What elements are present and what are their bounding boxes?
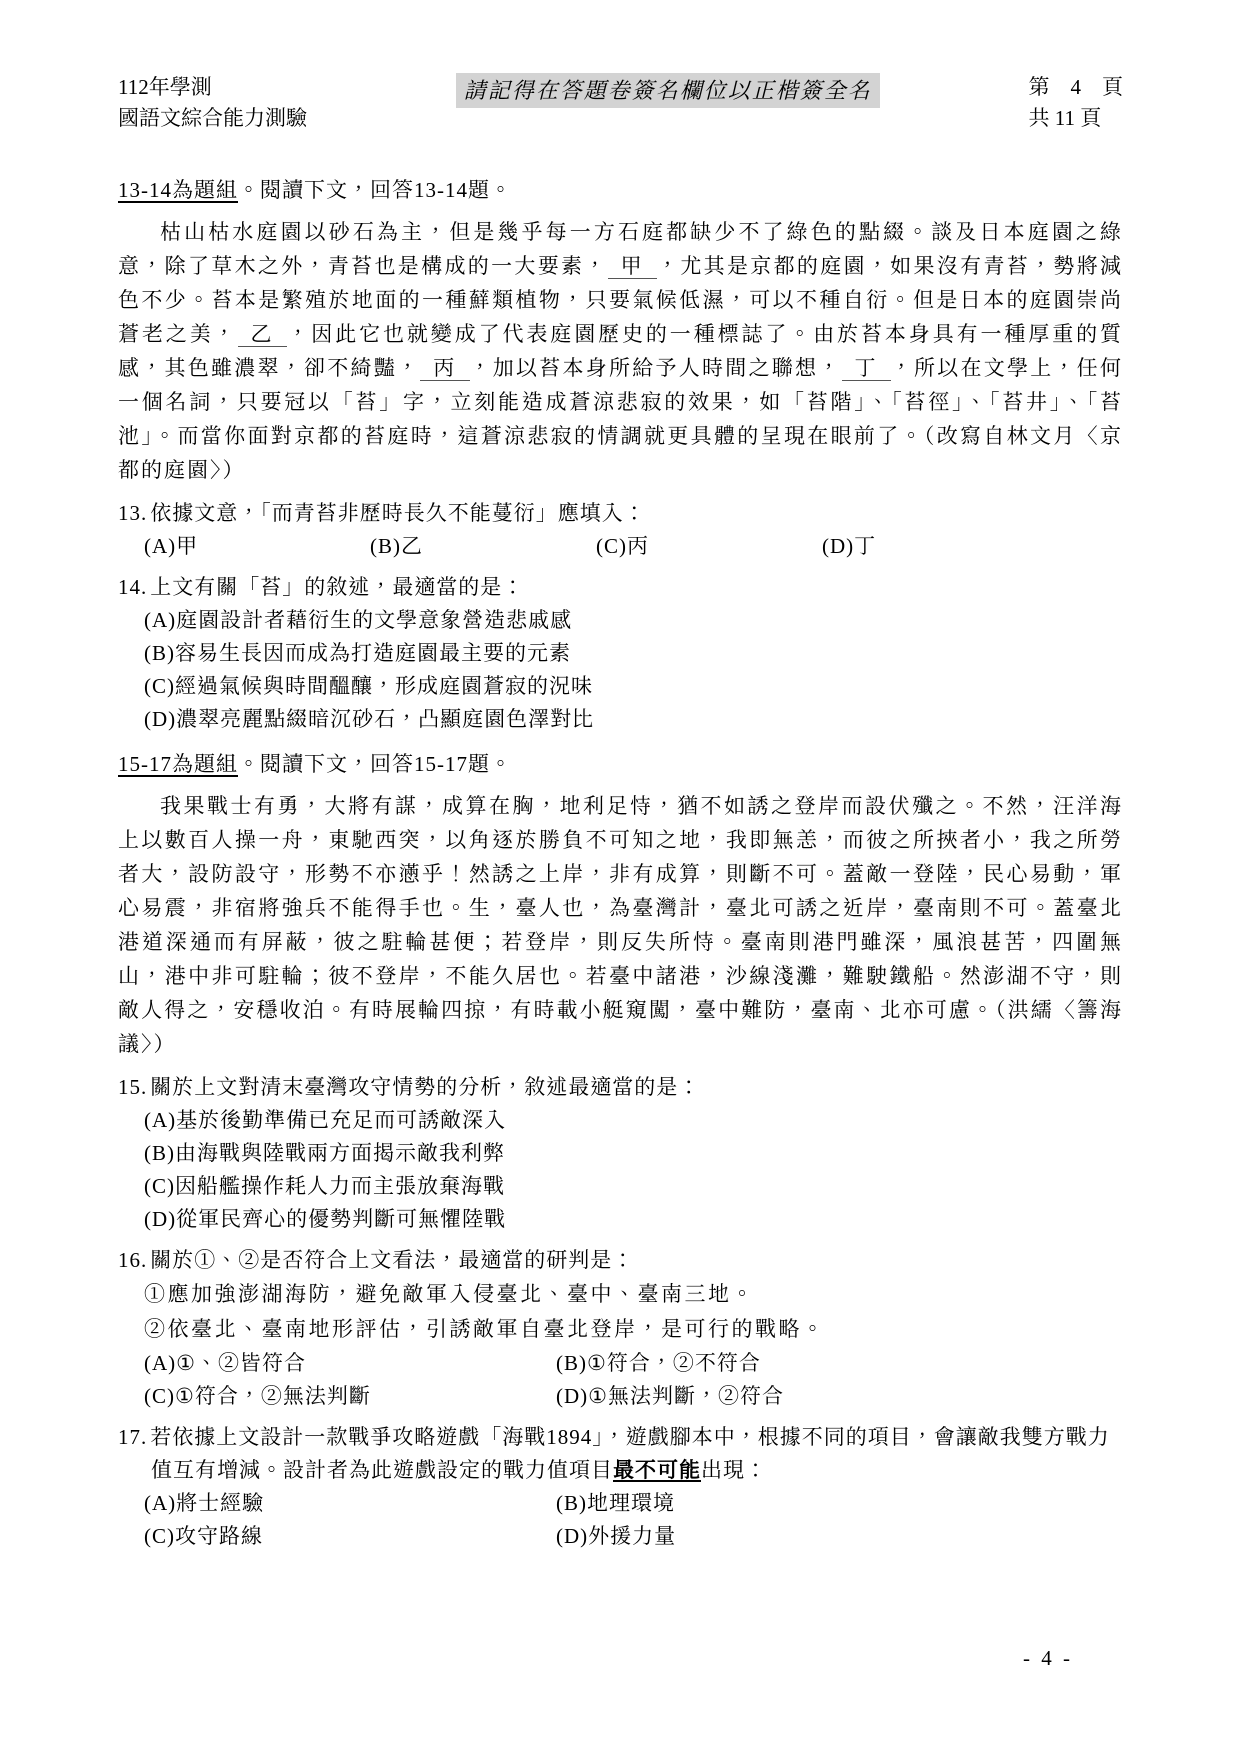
option-label: (A) bbox=[144, 1491, 176, 1515]
option-text: 庭園設計者藉衍生的文學意象營造悲戚感 bbox=[176, 608, 572, 632]
blank-jia: 甲 bbox=[608, 254, 657, 279]
group-13-14-instruction: 。閱讀下文，回答13-14題。 bbox=[238, 178, 512, 202]
question-15-option-c: (C)因船艦操作耗人力而主張放棄海戰 bbox=[144, 1170, 1123, 1203]
option-text: 丁 bbox=[854, 534, 876, 558]
question-16-stem: 16.關於①、②是否符合上文看法，最適當的研判是： bbox=[118, 1244, 1123, 1277]
option-label: (D) bbox=[556, 1384, 588, 1408]
option-text: 地理環境 bbox=[587, 1491, 675, 1515]
question-17-stem: 17.若依據上文設計一款戰爭攻略遊戲「海戰1894」，遊戲腳本中，根據不同的項目… bbox=[118, 1421, 1123, 1487]
exam-year-title: 112年學測 bbox=[118, 72, 307, 103]
passage-naval-defense: 我果戰士有勇，大將有謀，成算在胸，地利足恃，猶不如誘之登岸而設伏殲之。不然，汪洋… bbox=[118, 789, 1123, 1061]
question-14-stem: 14.上文有關「苔」的敘述，最適當的是： bbox=[118, 571, 1123, 604]
question-14-option-c: (C)經過氣候與時間醞釀，形成庭園蒼寂的況味 bbox=[144, 670, 1123, 703]
page-indicator: 第 4 頁 bbox=[1028, 72, 1123, 103]
option-label: (A) bbox=[144, 1108, 176, 1132]
question-16-option-a: (A)①、②皆符合 bbox=[144, 1347, 556, 1380]
option-label: (C) bbox=[144, 1384, 175, 1408]
option-text: 容易生長因而成為打造庭園最主要的元素 bbox=[175, 641, 571, 665]
page-number-footer: - 4 - bbox=[1023, 1646, 1073, 1671]
question-16-statement-1: ①應加強澎湖海防，避免敵軍入侵臺北、臺中、臺南三地。 bbox=[118, 1277, 1123, 1312]
question-13-stem-text: 依據文意，「而青苔非歷時長久不能蔓衍」應填入： bbox=[150, 501, 646, 525]
option-label: (A) bbox=[144, 1351, 176, 1375]
header-center: 請記得在答題卷簽名欄位以正楷簽全名 bbox=[456, 72, 880, 108]
question-16-number: 16. bbox=[118, 1248, 147, 1272]
signature-notice: 請記得在答題卷簽名欄位以正楷簽全名 bbox=[456, 73, 880, 108]
option-label: (C) bbox=[596, 534, 627, 558]
option-label: (D) bbox=[144, 707, 176, 731]
question-17-number: 17. bbox=[118, 1425, 147, 1449]
blank-bing: 丙 bbox=[420, 356, 469, 381]
question-15-option-b: (B)由海戰與陸戰兩方面揭示敵我利弊 bbox=[144, 1137, 1123, 1170]
option-label: (B) bbox=[556, 1491, 587, 1515]
option-label: (C) bbox=[144, 1174, 175, 1198]
option-text: 外援力量 bbox=[588, 1524, 676, 1548]
option-text: 丙 bbox=[627, 534, 649, 558]
question-16-options: (A)①、②皆符合 (B)①符合，②不符合 (C)①符合，②無法判斷 (D)①無… bbox=[118, 1347, 1123, 1413]
question-16-option-b: (B)①符合，②不符合 bbox=[556, 1347, 1123, 1380]
option-text: ①符合，②無法判斷 bbox=[175, 1384, 371, 1408]
option-text: 濃翠亮麗點綴暗沉砂石，凸顯庭園色澤對比 bbox=[176, 707, 594, 731]
question-13-number: 13. bbox=[118, 501, 147, 525]
exam-subject-title: 國語文綜合能力測驗 bbox=[118, 103, 307, 134]
option-label: (B) bbox=[144, 1141, 175, 1165]
group-15-17-heading: 15-17為題組。閱讀下文，回答15-17題。 bbox=[118, 748, 1123, 781]
option-label: (D) bbox=[822, 534, 854, 558]
question-15-stem: 15.關於上文對清末臺灣攻守情勢的分析，敘述最適當的是： bbox=[118, 1071, 1123, 1104]
option-text: 將士經驗 bbox=[176, 1491, 264, 1515]
question-14-stem-text: 上文有關「苔」的敘述，最適當的是： bbox=[150, 575, 524, 599]
passage-text: ，加以苔本身所給予人時間之聯想， bbox=[470, 356, 842, 380]
question-group-15-17: 15-17為題組。閱讀下文，回答15-17題。 我果戰士有勇，大將有謀，成算在胸… bbox=[118, 748, 1123, 1553]
question-15-stem-text: 關於上文對清末臺灣攻守情勢的分析，敘述最適當的是： bbox=[150, 1075, 700, 1099]
question-15-option-a: (A)基於後勤準備已充足而可誘敵深入 bbox=[144, 1104, 1123, 1137]
option-label: (A) bbox=[144, 534, 176, 558]
group-13-14-heading: 13-14為題組。閱讀下文，回答13-14題。 bbox=[118, 174, 1123, 207]
question-13-option-b: (B)乙 bbox=[370, 530, 596, 563]
question-15-number: 15. bbox=[118, 1075, 147, 1099]
question-13-option-c: (C)丙 bbox=[596, 530, 822, 563]
question-13-option-d: (D)丁 bbox=[822, 530, 876, 563]
option-text: 因船艦操作耗人力而主張放棄海戰 bbox=[175, 1174, 505, 1198]
option-text: 從軍民齊心的優勢判斷可無懼陸戰 bbox=[176, 1207, 506, 1231]
option-text: 基於後勤準備已充足而可誘敵深入 bbox=[176, 1108, 506, 1132]
question-17: 17.若依據上文設計一款戰爭攻略遊戲「海戰1894」，遊戲腳本中，根據不同的項目… bbox=[118, 1421, 1123, 1553]
question-17-emphasis: 最不可能 bbox=[613, 1458, 701, 1482]
option-text: ①、②皆符合 bbox=[176, 1351, 306, 1375]
option-label: (C) bbox=[144, 1524, 175, 1548]
passage-moss-garden: 枯山枯水庭園以砂石為主，但是幾乎每一方石庭都缺少不了綠色的點綴。談及日本庭園之綠… bbox=[118, 215, 1123, 487]
question-17-option-c: (C)攻守路線 bbox=[144, 1520, 556, 1553]
option-text: 經過氣候與時間醞釀，形成庭園蒼寂的況味 bbox=[175, 674, 593, 698]
blank-ding: 丁 bbox=[842, 356, 891, 381]
group-15-17-instruction: 。閱讀下文，回答15-17題。 bbox=[238, 752, 512, 776]
question-16-stem-text: 關於①、②是否符合上文看法，最適當的研判是： bbox=[150, 1248, 634, 1272]
question-14-option-b: (B)容易生長因而成為打造庭園最主要的元素 bbox=[144, 637, 1123, 670]
page-header: 112年學測 國語文綜合能力測驗 請記得在答題卷簽名欄位以正楷簽全名 第 4 頁… bbox=[118, 72, 1123, 134]
question-14-option-a: (A)庭園設計者藉衍生的文學意象營造悲戚感 bbox=[144, 604, 1123, 637]
option-label: (A) bbox=[144, 608, 176, 632]
option-label: (B) bbox=[144, 641, 175, 665]
blank-yi: 乙 bbox=[238, 322, 288, 347]
option-text: 攻守路線 bbox=[175, 1524, 263, 1548]
question-16: 16.關於①、②是否符合上文看法，最適當的研判是： ①應加強澎湖海防，避免敵軍入… bbox=[118, 1244, 1123, 1413]
total-pages-indicator: 共 11 頁 bbox=[1028, 103, 1123, 134]
question-group-13-14: 13-14為題組。閱讀下文，回答13-14題。 枯山枯水庭園以砂石為主，但是幾乎… bbox=[118, 174, 1123, 736]
question-15-options: (A)基於後勤準備已充足而可誘敵深入 (B)由海戰與陸戰兩方面揭示敵我利弊 (C… bbox=[118, 1104, 1123, 1236]
question-13-options: (A)甲 (B)乙 (C)丙 (D)丁 bbox=[118, 530, 1123, 563]
question-13: 13.依據文意，「而青苔非歷時長久不能蔓衍」應填入： (A)甲 (B)乙 (C)… bbox=[118, 497, 1123, 563]
question-17-options: (A)將士經驗 (B)地理環境 (C)攻守路線 (D)外援力量 bbox=[118, 1487, 1123, 1553]
question-17-option-b: (B)地理環境 bbox=[556, 1487, 1123, 1520]
option-label: (C) bbox=[144, 674, 175, 698]
question-14-option-d: (D)濃翠亮麗點綴暗沉砂石，凸顯庭園色澤對比 bbox=[144, 703, 1123, 736]
question-14-number: 14. bbox=[118, 575, 147, 599]
option-text: 由海戰與陸戰兩方面揭示敵我利弊 bbox=[175, 1141, 505, 1165]
option-label: (D) bbox=[556, 1524, 588, 1548]
question-15-option-d: (D)從軍民齊心的優勢判斷可無懼陸戰 bbox=[144, 1203, 1123, 1236]
option-label: (D) bbox=[144, 1207, 176, 1231]
question-15: 15.關於上文對清末臺灣攻守情勢的分析，敘述最適當的是： (A)基於後勤準備已充… bbox=[118, 1071, 1123, 1236]
option-label: (B) bbox=[556, 1351, 587, 1375]
group-13-14-label: 13-14為題組 bbox=[118, 178, 238, 202]
option-text: ①符合，②不符合 bbox=[587, 1351, 761, 1375]
header-left: 112年學測 國語文綜合能力測驗 bbox=[118, 72, 307, 134]
question-14: 14.上文有關「苔」的敘述，最適當的是： (A)庭園設計者藉衍生的文學意象營造悲… bbox=[118, 571, 1123, 736]
question-13-option-a: (A)甲 bbox=[144, 530, 370, 563]
question-17-option-d: (D)外援力量 bbox=[556, 1520, 1123, 1553]
header-right: 第 4 頁 共 11 頁 bbox=[1028, 72, 1123, 134]
option-text: 甲 bbox=[176, 534, 198, 558]
question-17-option-a: (A)將士經驗 bbox=[144, 1487, 556, 1520]
option-label: (B) bbox=[370, 534, 401, 558]
question-16-option-c: (C)①符合，②無法判斷 bbox=[144, 1380, 556, 1413]
question-14-options: (A)庭園設計者藉衍生的文學意象營造悲戚感 (B)容易生長因而成為打造庭園最主要… bbox=[118, 604, 1123, 736]
question-16-statement-2: ②依臺北、臺南地形評估，引誘敵軍自臺北登岸，是可行的戰略。 bbox=[118, 1312, 1123, 1347]
option-text: 乙 bbox=[401, 534, 423, 558]
question-17-stem-tail: 出現： bbox=[701, 1458, 767, 1482]
option-text: ①無法判斷，②符合 bbox=[588, 1384, 784, 1408]
question-16-option-d: (D)①無法判斷，②符合 bbox=[556, 1380, 1123, 1413]
exam-page: 112年學測 國語文綜合能力測驗 請記得在答題卷簽名欄位以正楷簽全名 第 4 頁… bbox=[0, 0, 1241, 1755]
question-13-stem: 13.依據文意，「而青苔非歷時長久不能蔓衍」應填入： bbox=[118, 497, 1123, 530]
group-15-17-label: 15-17為題組 bbox=[118, 752, 238, 776]
